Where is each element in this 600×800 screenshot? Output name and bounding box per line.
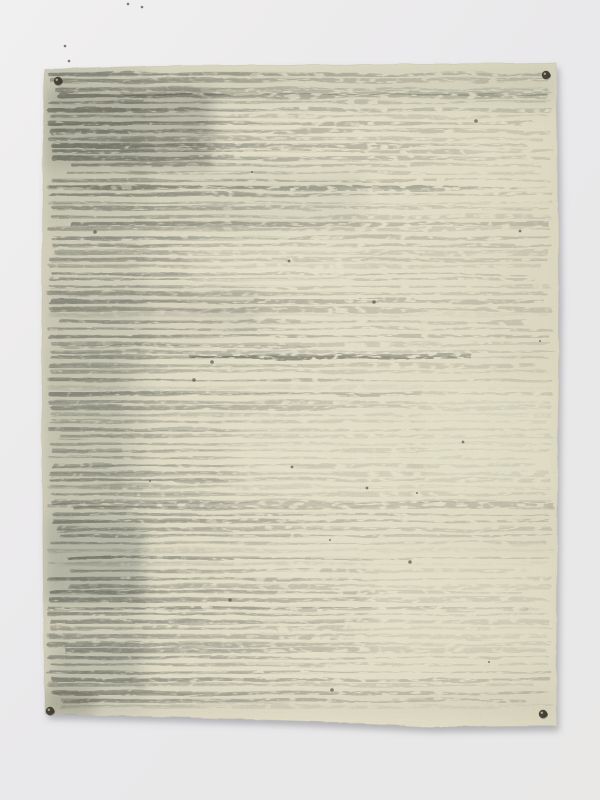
paper-speck <box>192 378 196 382</box>
paper-speck <box>372 300 376 304</box>
paper-speck <box>416 492 418 494</box>
paper-speck <box>288 260 291 263</box>
paper-speck <box>488 661 490 663</box>
paper-speck <box>228 598 232 602</box>
paper-speck <box>149 480 151 482</box>
paper-speck <box>366 487 369 490</box>
paper-speck <box>539 340 541 342</box>
paper-speck <box>291 466 294 469</box>
wall-speck <box>127 3 130 6</box>
wall-speck <box>68 60 71 63</box>
paper-grain <box>42 63 560 728</box>
paper-speck <box>329 539 331 541</box>
paper-speck <box>93 230 97 234</box>
paper-speck <box>519 230 522 233</box>
wall-speck <box>64 45 67 48</box>
paper-speck <box>330 688 334 692</box>
paper-speck <box>462 441 465 444</box>
artwork-surface <box>42 59 560 728</box>
paper-speck <box>408 560 412 564</box>
paper-speck <box>210 360 214 364</box>
paper-speck <box>251 171 253 173</box>
gallery-photo <box>0 0 600 800</box>
paper-speck <box>474 119 478 123</box>
artwork-scene <box>0 0 600 800</box>
wall-speck <box>141 6 144 9</box>
